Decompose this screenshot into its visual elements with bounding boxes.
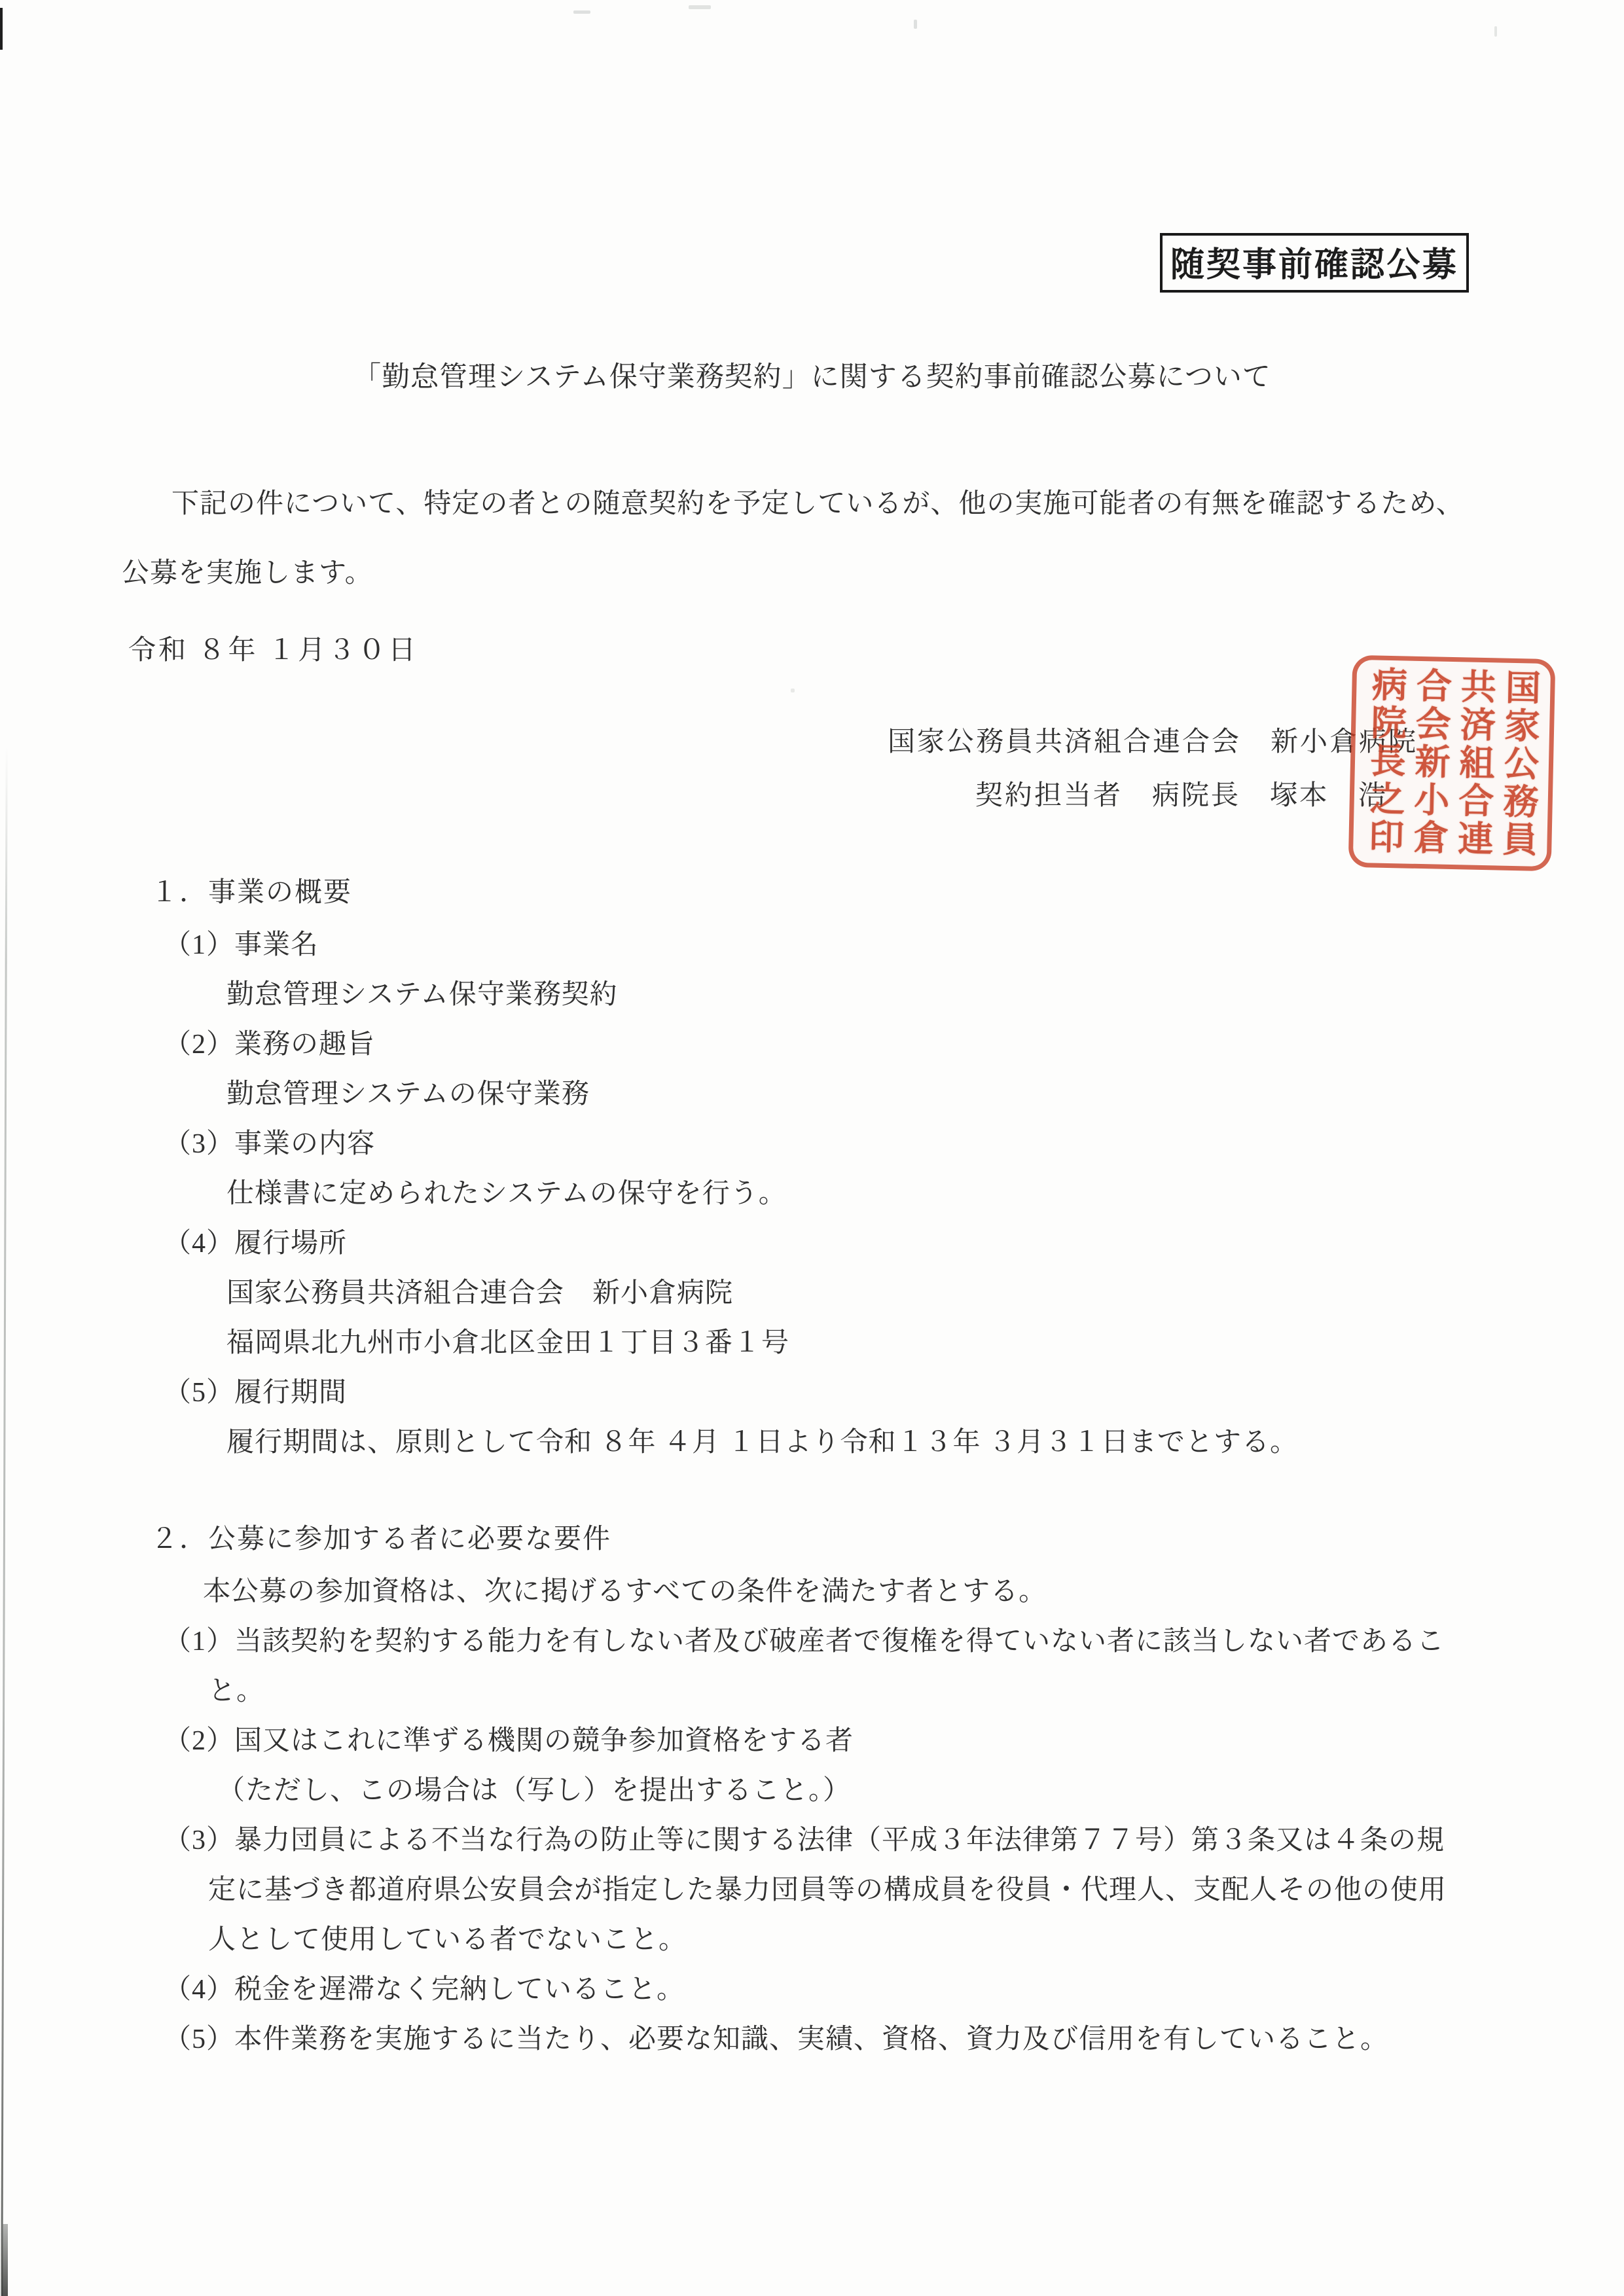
document-date: 令和 ８年 １月３０日 [128, 628, 418, 668]
document-line: 人として使用している者でないこと。 [208, 1915, 1624, 1965]
document-line: 福岡県北九州市小倉北区金田１丁目３番１号 [226, 1318, 1624, 1368]
document-line: （ただし、この場合は（写し）を提出すること。） [217, 1766, 1624, 1816]
section-2-heading: ２．公募に参加する者に必要な要件 [151, 1517, 611, 1556]
scan-artifact-bottom-smudge [2, 2224, 8, 2296]
issuer-organization: 国家公務員共済組合連合会 新小倉病院 [888, 720, 1418, 759]
classification-stamp-box: 随契事前確認公募 [1160, 233, 1469, 293]
document-line: 履行期間は、原則として令和 ８年 ４月 １日より令和１３年 ３月３１日までとする… [226, 1418, 1624, 1467]
document-line: 国家公務員共済組合連合会 新小倉病院 [226, 1268, 1624, 1318]
document-line: （2）国又はこれに準ずる機関の競争参加資格をする者 [164, 1716, 1624, 1766]
scan-artifact-speck [791, 689, 795, 692]
document-line: （2）業務の趣旨 [164, 1020, 1624, 1069]
document-line: （1）事業名 [164, 920, 1624, 970]
document-line: （1）当該契約を契約する能力を有しない者及び破産者で復権を得ていない者に該当しな… [164, 1617, 1624, 1666]
official-red-seal-text: 国家公務員共済組合連合会新小倉病院長之印 [1361, 666, 1543, 861]
document-line: 勤怠管理システムの保守業務 [226, 1069, 1624, 1119]
section-1-heading: １．事業の概要 [151, 870, 352, 910]
section-2-body: 本公募の参加資格は、次に掲げるすべての条件を満たす者とする。（1）当該契約を契約… [0, 1567, 1624, 2064]
document-line: （4）税金を遅滞なく完納していること。 [164, 1965, 1624, 2015]
scan-artifact-speck [1494, 26, 1497, 37]
document-line: （4）履行場所 [164, 1219, 1624, 1268]
document-line: （5）本件業務を実施するに当たり、必要な知識、実績、資格、資力及び信用を有してい… [164, 2015, 1624, 2064]
scan-artifact-speck [689, 5, 711, 9]
section-1-body: （1）事業名勤怠管理システム保守業務契約（2）業務の趣旨勤怠管理システムの保守業… [0, 920, 1624, 1467]
intro-paragraph-line-2: 公募を実施します。 [122, 551, 373, 590]
document-line: 勤怠管理システム保守業務契約 [226, 970, 1624, 1020]
document-line: 本公募の参加資格は、次に掲げるすべての条件を満たす者とする。 [203, 1567, 1624, 1617]
intro-paragraph-line-1: 下記の件について、特定の者との随意契約を予定しているが、他の実施可能者の有無を確… [171, 482, 1464, 521]
document-line: 仕様書に定められたシステムの保守を行う。 [226, 1169, 1624, 1219]
document-line: 定に基づき都道府県公安員会が指定した暴力団員等の構成員を役員・代理人、支配人その… [208, 1865, 1624, 1915]
document-line: （5）履行期間 [164, 1368, 1624, 1418]
document-line: と。 [208, 1666, 1624, 1716]
official-red-seal: 国家公務員共済組合連合会新小倉病院長之印 [1348, 655, 1556, 871]
document-title: 「勤怠管理システム保守業務契約」に関する契約事前確認公募について [0, 355, 1624, 395]
scan-artifact-speck [573, 10, 590, 14]
issuer-contact-person: 契約担当者 病院長 塚本 浩 [975, 774, 1388, 813]
scan-artifact-speck [914, 20, 917, 29]
document-line: （3）事業の内容 [164, 1119, 1624, 1169]
scan-artifact-corner [0, 8, 3, 50]
scanned-document-page: 随契事前確認公募 「勤怠管理システム保守業務契約」に関する契約事前確認公募につい… [0, 0, 1624, 2296]
document-line: （3）暴力団員による不当な行為の防止等に関する法律（平成３年法律第７７号）第３条… [164, 1816, 1624, 1865]
